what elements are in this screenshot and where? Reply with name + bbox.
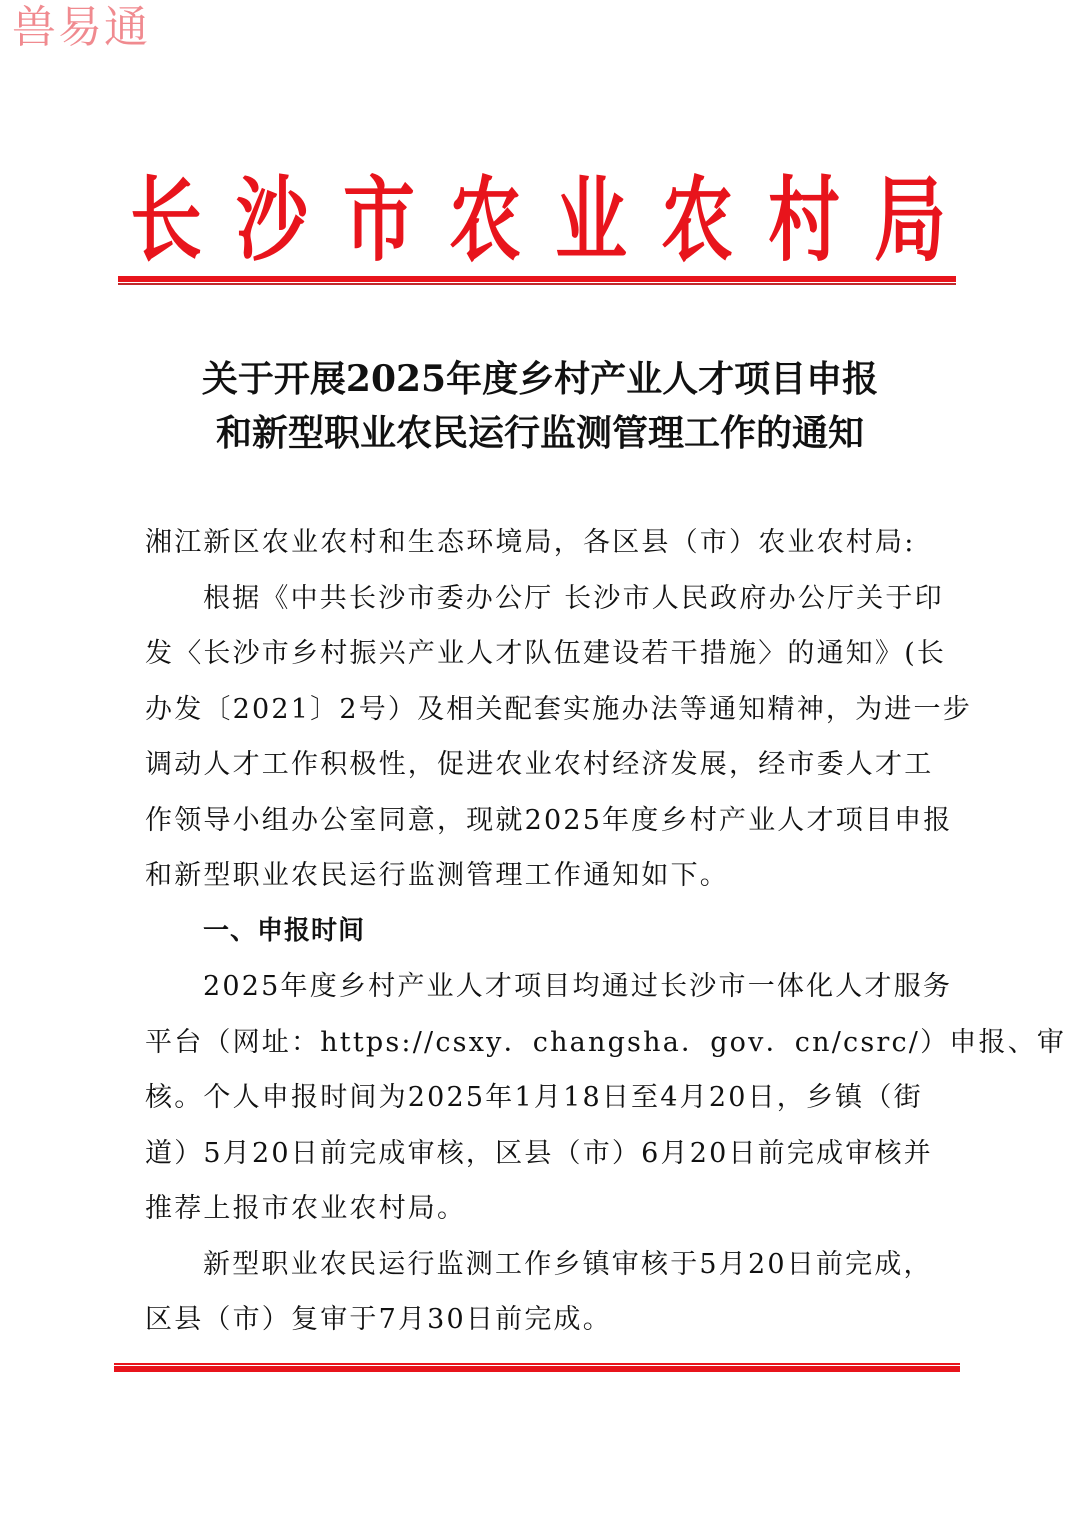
text-line: 2025年度乡村产业人才项目均通过长沙市一体化人才服务	[145, 959, 935, 1015]
masthead-char: 农	[449, 165, 521, 275]
footer-divider-thick	[114, 1366, 960, 1372]
text-line: 平台（网址：https://csxy．changsha．gov．cn/csrc/…	[145, 1015, 935, 1071]
text-line: 作领导小组办公室同意，现就2025年度乡村产业人才项目申报	[145, 793, 935, 849]
text-line: 新型职业农民运行监测工作乡镇审核于5月20日前完成，	[145, 1237, 935, 1293]
text-line: 推荐上报市农业农村局。	[145, 1181, 935, 1237]
text-line: 核。个人申报时间为2025年1月18日至4月20日，乡镇（街	[145, 1070, 935, 1126]
text-line: 区县（市）复审于7月30日前完成。	[145, 1292, 935, 1348]
text-line: 根据《中共长沙市委办公厅 长沙市人民政府办公厅关于印	[145, 571, 935, 627]
document-body: 湘江新区农业农村和生态环境局，各区县（市）农业农村局: 根据《中共长沙市委办公厅…	[145, 515, 935, 1348]
text-line: 办发〔2021〕2号）及相关配套实施办法等通知精神，为进一步	[145, 682, 935, 738]
title-line: 和新型职业农民运行监测管理工作的通知	[140, 406, 940, 460]
masthead-char: 市	[343, 165, 415, 275]
intro-paragraph: 根据《中共长沙市委办公厅 长沙市人民政府办公厅关于印 发〈长沙市乡村振兴产业人才…	[145, 571, 935, 904]
masthead-char: 局	[874, 165, 946, 275]
masthead-char: 长	[130, 165, 202, 275]
masthead-char: 农	[662, 165, 734, 275]
section-heading: 一、申报时间	[145, 904, 935, 960]
salutation: 湘江新区农业农村和生态环境局，各区县（市）农业农村局:	[145, 515, 935, 571]
masthead-char: 村	[768, 165, 840, 275]
text-line: 调动人才工作积极性，促进农业农村经济发展，经市委人才工	[145, 737, 935, 793]
masthead-divider-thin	[118, 283, 956, 285]
masthead-char: 业	[555, 165, 627, 275]
section1-paragraph-2: 新型职业农民运行监测工作乡镇审核于5月20日前完成， 区县（市）复审于7月30日…	[145, 1237, 935, 1348]
footer-divider-thin	[114, 1363, 960, 1365]
masthead-divider-thick	[118, 276, 956, 282]
text-line: 和新型职业农民运行监测管理工作通知如下。	[145, 848, 935, 904]
masthead-char: 沙	[236, 165, 308, 275]
title-line: 关于开展2025年度乡村产业人才项目申报	[140, 352, 940, 406]
text-line: 发〈长沙市乡村振兴产业人才队伍建设若干措施〉的通知》(长	[145, 626, 935, 682]
text-line: 道）5月20日前完成审核，区县（市）6月20日前完成审核并	[145, 1126, 935, 1182]
watermark-text: 兽易通	[12, 2, 150, 54]
masthead-org-name: 长 沙 市 农 业 农 村 局	[120, 165, 956, 275]
section1-paragraph-1: 2025年度乡村产业人才项目均通过长沙市一体化人才服务 平台（网址：https:…	[145, 959, 935, 1237]
document-title: 关于开展2025年度乡村产业人才项目申报 和新型职业农民运行监测管理工作的通知	[140, 352, 940, 460]
